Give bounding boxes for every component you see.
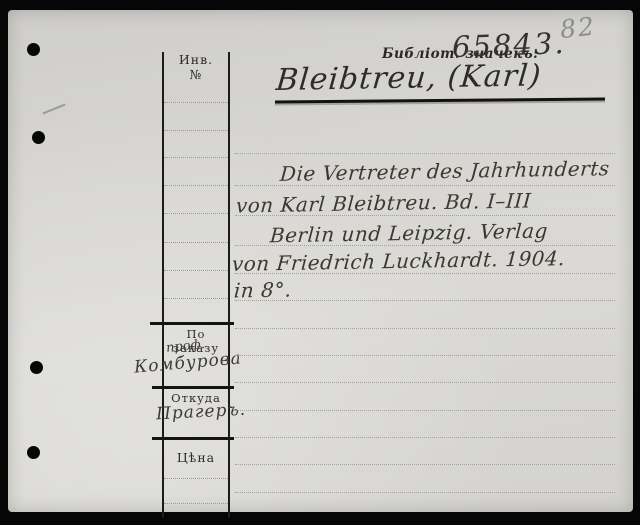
ruled-line <box>235 492 615 493</box>
column-right-border <box>228 52 230 518</box>
entry-line-format: in 8°. <box>233 277 292 302</box>
author-heading: Bleibtreu, (Karl) <box>274 57 617 98</box>
entry-line-author: von Karl Bleibtreu. Bd. I–III <box>235 188 532 217</box>
column-separator <box>164 478 228 479</box>
entry-line-place: Berlin und Leipzig. Verlag <box>269 219 549 248</box>
column-separator <box>164 213 228 214</box>
price-label: Цѣна <box>162 450 230 465</box>
inventory-number-label: Инв. № <box>162 52 230 82</box>
catalog-card: 82 Библіот. значекъ: 65843. Bleibtreu, (… <box>8 10 633 512</box>
page-number-pencil: 82 <box>559 9 622 44</box>
ruled-line <box>235 382 615 383</box>
column-separator <box>164 130 228 131</box>
section-divider <box>152 386 234 389</box>
column-left-border <box>162 52 164 518</box>
punch-hole <box>32 131 45 144</box>
ruled-line <box>235 410 615 411</box>
column-separator <box>164 298 228 299</box>
column-separator <box>164 102 228 103</box>
punch-hole <box>27 446 40 459</box>
column-separator <box>164 242 228 243</box>
ruled-line <box>235 464 615 465</box>
origin-value: Прагеръ. <box>156 400 247 425</box>
punch-hole <box>30 361 43 374</box>
inventory-label-line2: № <box>162 67 230 82</box>
section-divider <box>152 437 234 440</box>
ruled-line <box>235 153 615 154</box>
column-separator <box>164 503 228 504</box>
scan-frame: 82 Библіот. значекъ: 65843. Bleibtreu, (… <box>0 0 640 525</box>
ruled-line <box>235 300 615 301</box>
ruled-line <box>235 355 615 356</box>
section-divider <box>150 322 234 325</box>
pencil-mark <box>43 104 66 114</box>
punch-hole <box>27 43 40 56</box>
entry-line-publisher: von Friedrich Luckhardt. 1904. <box>231 246 566 276</box>
ruled-line <box>235 328 615 329</box>
entry-line-title: Die Vertreter des Jahrhunderts <box>279 156 610 186</box>
heading-underline <box>275 98 605 104</box>
ruled-line <box>235 437 615 438</box>
column-separator <box>164 270 228 271</box>
inventory-label-line1: Инв. <box>162 52 230 67</box>
column-separator <box>164 185 228 186</box>
column-separator <box>164 157 228 158</box>
ordered-by-value-line2: Комбурова <box>133 348 242 377</box>
